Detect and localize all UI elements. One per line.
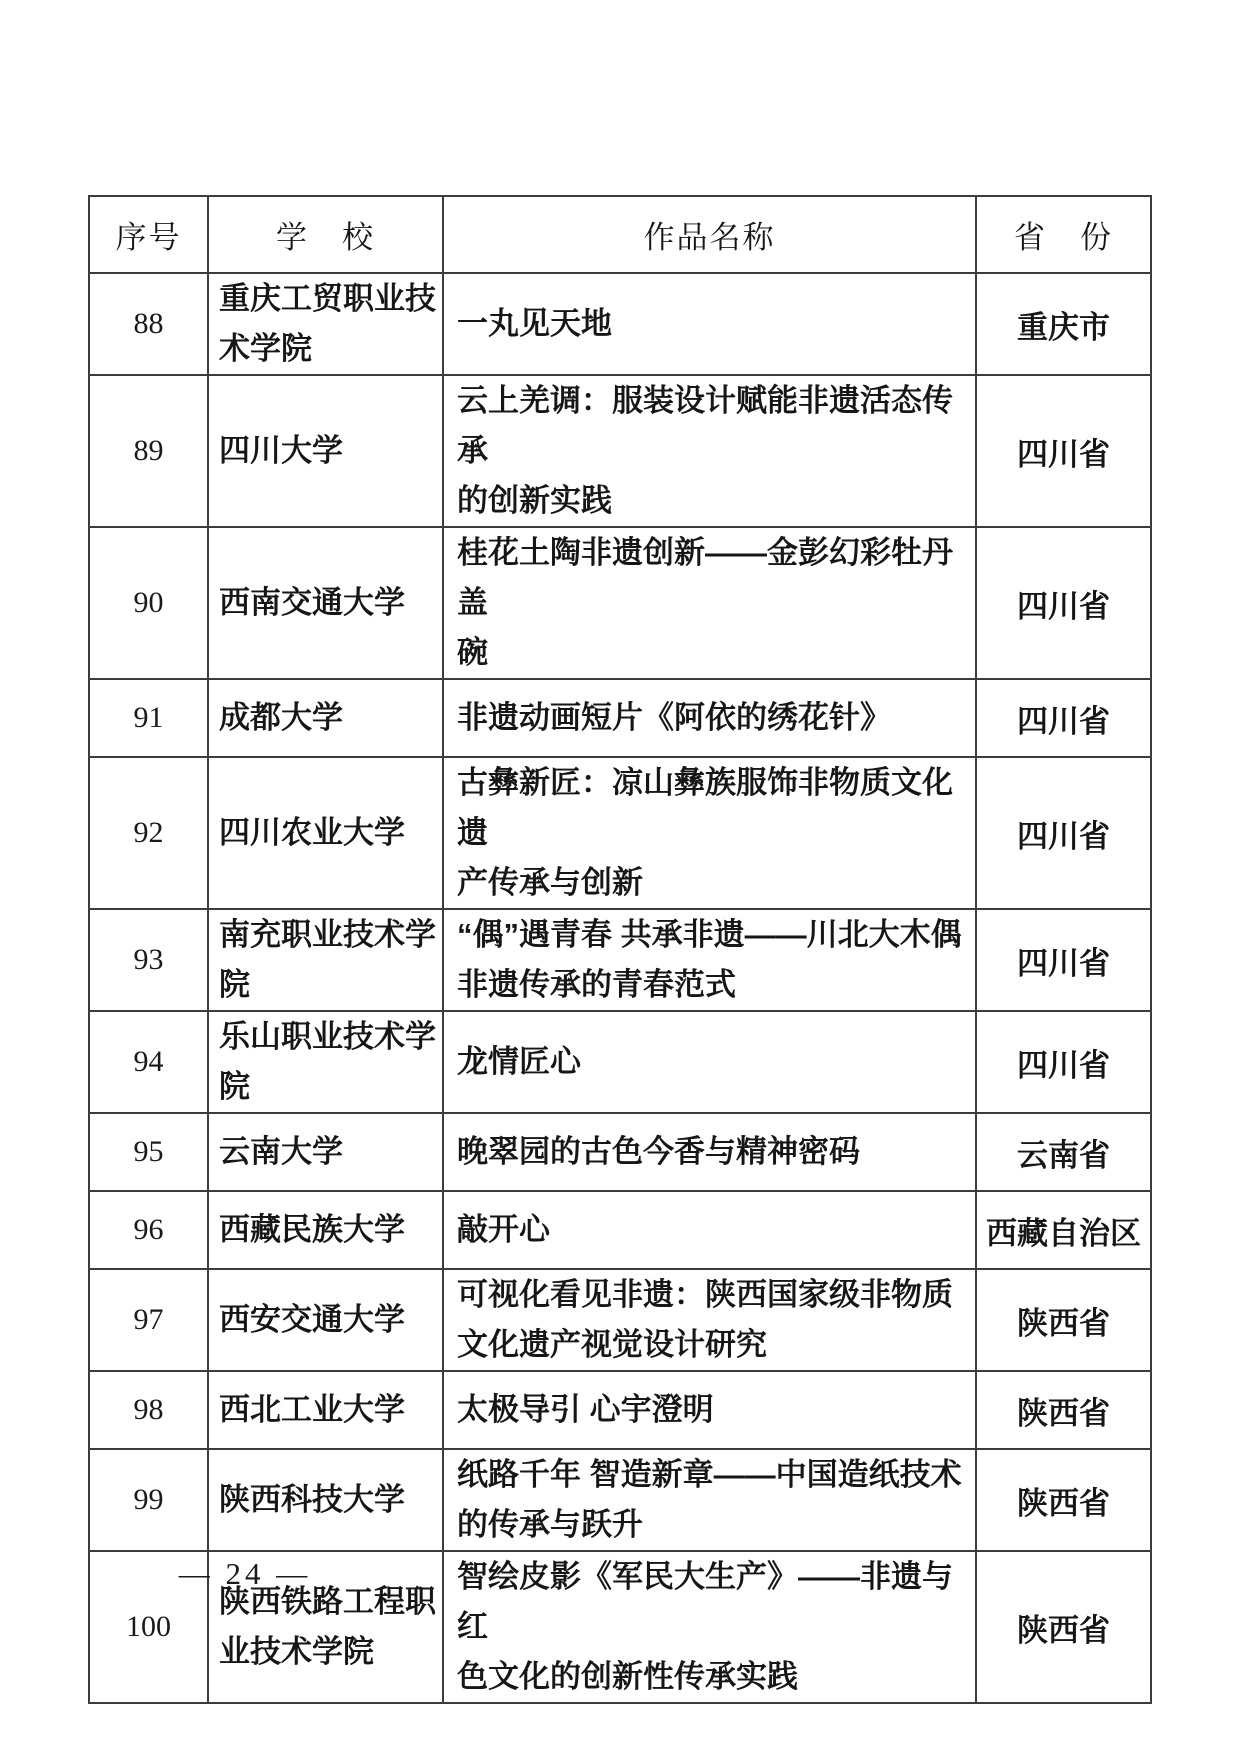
cell-province: 陕西省	[976, 1551, 1151, 1703]
cell-title: 太极导引 心宇澄明	[443, 1371, 976, 1449]
table-body: 88重庆工贸职业技 术学院一丸见天地重庆市89四川大学云上羌调：服装设计赋能非遗…	[89, 273, 1151, 1703]
cell-title: 非遗动画短片《阿依的绣花针》	[443, 679, 976, 757]
cell-index: 95	[89, 1113, 208, 1191]
table-row: 93南充职业技术学 院“偶”遇青春 共承非遗——川北大木偶 非遗传承的青春范式四…	[89, 909, 1151, 1011]
cell-title: 敲开心	[443, 1191, 976, 1269]
cell-title: 古彝新匠：凉山彝族服饰非物质文化遗 产传承与创新	[443, 757, 976, 909]
cell-index: 88	[89, 273, 208, 375]
header-cell-index: 序号	[89, 196, 208, 273]
cell-title: 晚翠园的古色今香与精神密码	[443, 1113, 976, 1191]
page-number: — 24 —	[170, 1556, 320, 1592]
cell-province: 云南省	[976, 1113, 1151, 1191]
header-row: 序号 学 校 作品名称 省 份	[89, 196, 1151, 273]
cell-title: 桂花土陶非遗创新——金彭幻彩牡丹盖 碗	[443, 527, 976, 679]
table-row: 88重庆工贸职业技 术学院一丸见天地重庆市	[89, 273, 1151, 375]
cell-province: 西藏自治区	[976, 1191, 1151, 1269]
cell-province: 四川省	[976, 909, 1151, 1011]
cell-school: 南充职业技术学 院	[208, 909, 443, 1011]
awards-table: 序号 学 校 作品名称 省 份 88重庆工贸职业技 术学院一丸见天地重庆市89四…	[88, 195, 1152, 1704]
header-cell-title: 作品名称	[443, 196, 976, 273]
cell-province: 陕西省	[976, 1269, 1151, 1371]
cell-school: 西北工业大学	[208, 1371, 443, 1449]
table-header: 序号 学 校 作品名称 省 份	[89, 196, 1151, 273]
cell-index: 97	[89, 1269, 208, 1371]
cell-school: 云南大学	[208, 1113, 443, 1191]
cell-province: 四川省	[976, 679, 1151, 757]
cell-province: 陕西省	[976, 1371, 1151, 1449]
cell-school: 西安交通大学	[208, 1269, 443, 1371]
table-row: 90西南交通大学桂花土陶非遗创新——金彭幻彩牡丹盖 碗四川省	[89, 527, 1151, 679]
cell-province: 重庆市	[976, 273, 1151, 375]
cell-school: 乐山职业技术学 院	[208, 1011, 443, 1113]
cell-index: 98	[89, 1371, 208, 1449]
document-page: 序号 学 校 作品名称 省 份 88重庆工贸职业技 术学院一丸见天地重庆市89四…	[0, 0, 1241, 1755]
cell-province: 四川省	[976, 1011, 1151, 1113]
cell-school: 西藏民族大学	[208, 1191, 443, 1269]
cell-school: 四川大学	[208, 375, 443, 527]
cell-school: 西南交通大学	[208, 527, 443, 679]
cell-school: 重庆工贸职业技 术学院	[208, 273, 443, 375]
table-row: 95云南大学晚翠园的古色今香与精神密码云南省	[89, 1113, 1151, 1191]
cell-title: “偶”遇青春 共承非遗——川北大木偶 非遗传承的青春范式	[443, 909, 976, 1011]
table-row: 96西藏民族大学敲开心西藏自治区	[89, 1191, 1151, 1269]
cell-title: 纸路千年 智造新章——中国造纸技术 的传承与跃升	[443, 1449, 976, 1551]
cell-school: 成都大学	[208, 679, 443, 757]
cell-province: 四川省	[976, 375, 1151, 527]
table-row: 99陕西科技大学纸路千年 智造新章——中国造纸技术 的传承与跃升陕西省	[89, 1449, 1151, 1551]
table-row: 91成都大学非遗动画短片《阿依的绣花针》四川省	[89, 679, 1151, 757]
header-cell-school: 学 校	[208, 196, 443, 273]
cell-province: 四川省	[976, 527, 1151, 679]
cell-index: 96	[89, 1191, 208, 1269]
cell-province: 陕西省	[976, 1449, 1151, 1551]
cell-title: 云上羌调：服装设计赋能非遗活态传承 的创新实践	[443, 375, 976, 527]
cell-title: 龙情匠心	[443, 1011, 976, 1113]
cell-index: 89	[89, 375, 208, 527]
cell-school: 四川农业大学	[208, 757, 443, 909]
cell-index: 92	[89, 757, 208, 909]
header-cell-province: 省 份	[976, 196, 1151, 273]
cell-index: 94	[89, 1011, 208, 1113]
cell-index: 91	[89, 679, 208, 757]
cell-index: 93	[89, 909, 208, 1011]
cell-school: 陕西科技大学	[208, 1449, 443, 1551]
cell-province: 四川省	[976, 757, 1151, 909]
table-row: 92四川农业大学古彝新匠：凉山彝族服饰非物质文化遗 产传承与创新四川省	[89, 757, 1151, 909]
table-row: 89四川大学云上羌调：服装设计赋能非遗活态传承 的创新实践四川省	[89, 375, 1151, 527]
cell-title: 智绘皮影《军民大生产》——非遗与红 色文化的创新性传承实践	[443, 1551, 976, 1703]
cell-index: 99	[89, 1449, 208, 1551]
cell-index: 90	[89, 527, 208, 679]
table-row: 98西北工业大学太极导引 心宇澄明陕西省	[89, 1371, 1151, 1449]
cell-title: 可视化看见非遗：陕西国家级非物质 文化遗产视觉设计研究	[443, 1269, 976, 1371]
table-row: 97西安交通大学可视化看见非遗：陕西国家级非物质 文化遗产视觉设计研究陕西省	[89, 1269, 1151, 1371]
cell-title: 一丸见天地	[443, 273, 976, 375]
table-row: 94乐山职业技术学 院龙情匠心四川省	[89, 1011, 1151, 1113]
